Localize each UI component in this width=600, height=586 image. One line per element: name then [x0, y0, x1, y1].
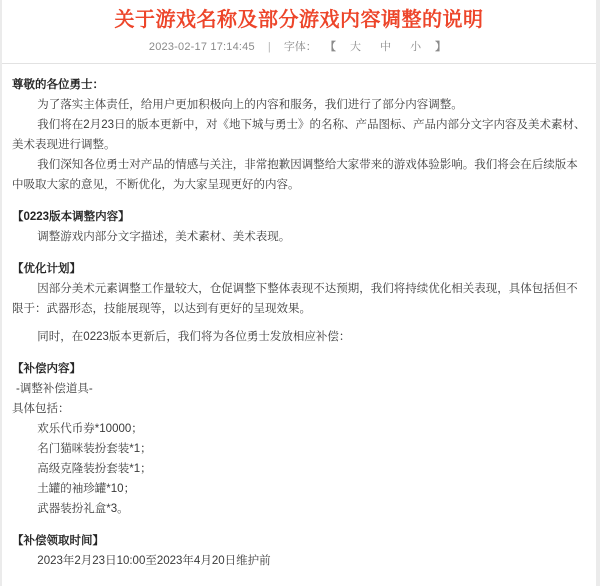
publish-timestamp: 2023-02-17 17:14:45: [149, 41, 255, 53]
article-line: 【优化计划】: [12, 259, 586, 279]
article-page: 关于游戏名称及部分游戏内容调整的说明 2023-02-17 17:14:45 |…: [2, 0, 596, 586]
bracket-open: 【: [325, 41, 336, 53]
article-line: 【0223版本调整内容】: [12, 207, 586, 227]
article-line: -调整补偿道具-: [12, 379, 586, 399]
article-line: 武器装扮礼盒*3。: [12, 499, 586, 519]
article-line: 高级克隆装扮套装*1；: [12, 459, 586, 479]
article-line: 【补偿领取时间】: [12, 531, 586, 551]
article-line: 土罐的袖珍罐*10；: [12, 479, 586, 499]
article-meta: 2023-02-17 17:14:45 | 字体： 【 大 中 小 】: [2, 40, 596, 54]
article-line: 同时，在0223版本更新后，我们将为各位勇士发放相应补偿：: [12, 327, 586, 347]
page-title: 关于游戏名称及部分游戏内容调整的说明: [2, 8, 596, 33]
article-line: 为了落实主体责任，给用户更加积极向上的内容和服务，我们进行了部分内容调整。: [12, 95, 586, 115]
article-line: 具体包括：: [12, 399, 586, 419]
font-size-small-button[interactable]: 小: [410, 41, 421, 53]
article-line: 名门猫咪装扮套装*1；: [12, 439, 586, 459]
article-line: 尊敬的各位勇士：: [12, 75, 586, 95]
article-body: 尊敬的各位勇士：为了落实主体责任，给用户更加积极向上的内容和服务，我们进行了部分…: [2, 64, 596, 571]
article-line: 调整游戏内部分文字描述，美术素材、美术表现。: [12, 227, 586, 247]
article-line: 因部分美术元素调整工作量较大，仓促调整下整体表现不达预期，我们将持续优化相关表现…: [12, 279, 586, 319]
bracket-close: 】: [435, 41, 446, 53]
article-line: 2023年2月23日10:00至2023年4月20日维护前: [12, 551, 586, 571]
article-line: 欢乐代币券*10000；: [12, 419, 586, 439]
font-size-large-button[interactable]: 大: [350, 41, 361, 53]
article-line: 我们将在2月23日的版本更新中，对《地下城与勇士》的名称、产品图标、产品内部分文…: [12, 115, 586, 155]
article-line: 【补偿内容】: [12, 359, 586, 379]
font-size-medium-button[interactable]: 中: [380, 41, 391, 53]
meta-separator: |: [268, 41, 271, 53]
font-size-label: 字体：: [284, 41, 317, 53]
article-line: 我们深知各位勇士对产品的情感与关注，非常抱歉因调整给大家带来的游戏体验影响。我们…: [12, 155, 586, 195]
